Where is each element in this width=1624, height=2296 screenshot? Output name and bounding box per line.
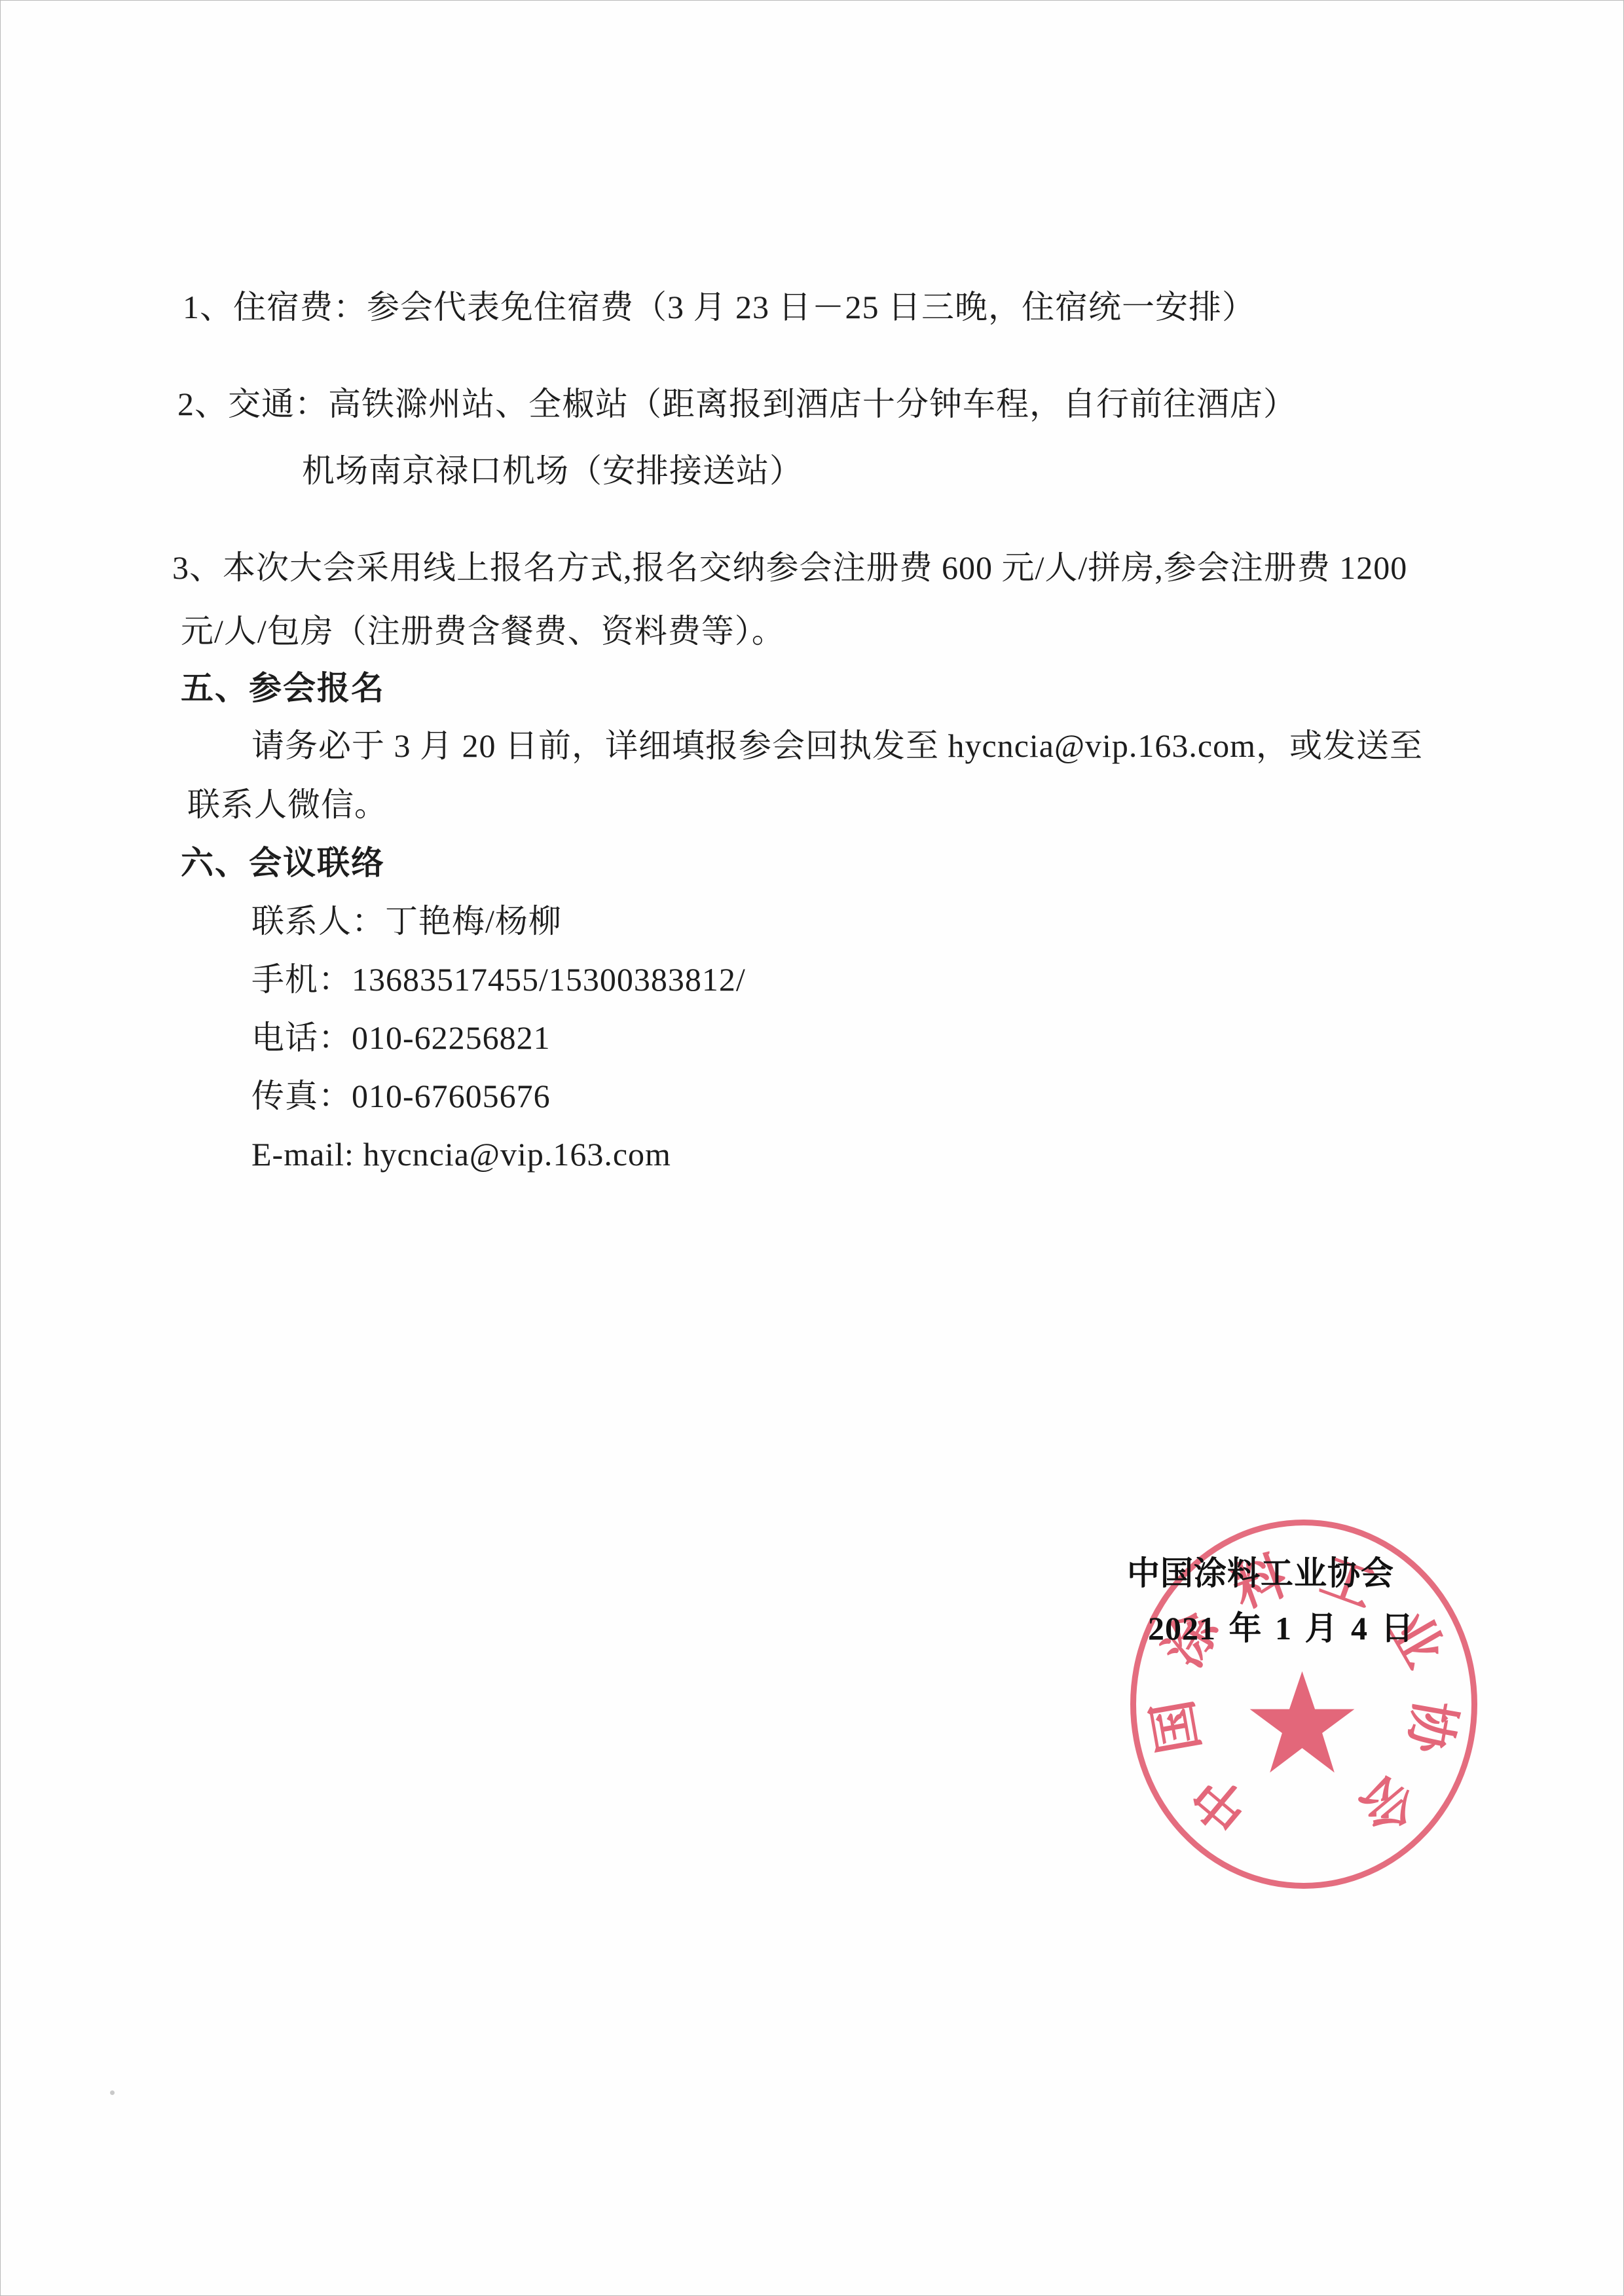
line-registration-fee-1: 3、本次大会采用线上报名方式,报名交纳参会注册费 600 元/人/拼房,参会注册… [172,548,1407,587]
document-page: 1、住宿费：参会代表免住宿费（3 月 23 日－25 日三晚，住宿统一安排） 2… [0,0,1624,2296]
seal-ring-char: 会 [1346,1761,1434,1853]
seal-ring-char: 国 [1130,1695,1213,1760]
seal-star-icon [1245,1667,1359,1778]
signature-date: 2021 年 1 月 4 日 [1148,1602,1414,1649]
line-transport-rail: 2、交通：高铁滁州站、全椒站（距离报到酒店十分钟车程，自行前往酒店） [177,384,1297,424]
seal-ring-char: 协 [1394,1695,1477,1760]
line-transport-airport: 机场南京禄口机场（安排接送站） [302,451,803,490]
line-contact-person: 联系人：丁艳梅/杨柳 [251,902,562,941]
heading-section-5-registration: 五、参会报名 [181,668,385,708]
scan-artifact-dot [110,2090,115,2095]
line-contact-email: E-mail: hycncia@vip.163.com [251,1135,671,1174]
line-contact-mobile: 手机：13683517455/15300383812/ [251,960,746,999]
line-contact-fax: 传真：010-67605676 [251,1076,551,1116]
line-contact-phone: 电话：010-62256821 [251,1018,551,1057]
seal-ring-char: 中 [1173,1761,1262,1853]
signature-organization: 中国涂料工业协会 [1127,1547,1394,1594]
line-registration-fee-2: 元/人/包房（注册费含餐费、资料费等）。 [181,611,785,651]
line-registration-note-2: 联系人微信。 [187,785,388,824]
line-accommodation-fee: 1、住宿费：参会代表免住宿费（3 月 23 日－25 日三晚，住宿统一安排） [183,287,1255,327]
heading-section-6-contact: 六、会议联络 [181,843,385,883]
line-registration-note-1: 请务必于 3 月 20 日前，详细填报参会回执发至 hycncia@vip.16… [251,726,1423,765]
